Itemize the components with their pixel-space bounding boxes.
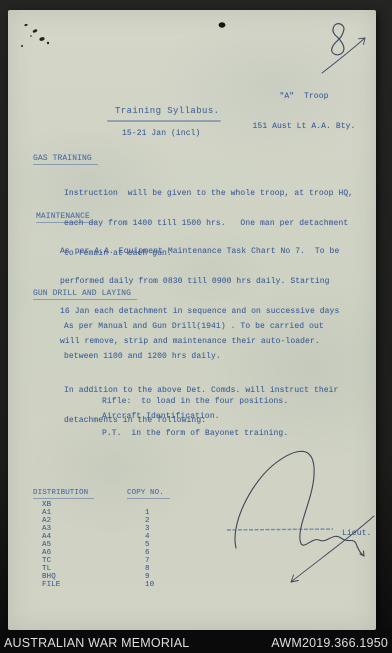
distribution-row: FILE 10 [42, 581, 154, 589]
distribution-row: A2 2 [42, 517, 154, 525]
unit-battery: 151 Aust Lt A.A. Bty. [252, 122, 356, 132]
signature [235, 451, 364, 556]
footer-archive-name: AUSTRALIAN WAR MEMORIAL [4, 636, 189, 650]
section-heading-gas-training: GAS TRAINING [33, 154, 98, 164]
distribution-to: BHQ [42, 573, 145, 581]
distribution-copy-no: 3 [145, 525, 150, 533]
date-range: 15-21 Jan (incl) [122, 129, 200, 139]
signature-underline [227, 529, 333, 530]
ink-specks [21, 23, 49, 47]
body-line: As per A.A. Equipment Maintenance Task C… [60, 247, 339, 257]
footer-accession-number: AWM2019.366.1950 [271, 636, 388, 650]
body-line: Instruction will be given to the whole t… [64, 189, 353, 199]
distribution-to: A4 [42, 533, 145, 541]
instruction-item-pt: P.T. in the form of Bayonet training. [102, 429, 288, 439]
distribution-copy-no: 8 [145, 565, 150, 573]
body-line: In addition to the above Det. Comds. wil… [64, 386, 338, 396]
distribution-row: XB [42, 501, 154, 509]
title-underline [107, 120, 221, 122]
document-page: "A" Troop 151 Aust Lt A.A. Bty. Training… [8, 10, 376, 630]
distribution-to: TC [42, 557, 145, 565]
distribution-copy-no: 1 [145, 509, 150, 517]
distribution-row: A3 3 [42, 525, 154, 533]
pen-stroke [322, 38, 365, 73]
distribution-row: TC 7 [42, 557, 154, 565]
distribution-to: A6 [42, 549, 145, 557]
distribution-to: A5 [42, 541, 145, 549]
distribution-copy-no: 2 [145, 517, 150, 525]
distribution-copy-no: 9 [145, 573, 150, 581]
section-heading-maintenance: MAINTENANCE [36, 212, 96, 222]
unit-troop: "A" Troop [252, 92, 356, 102]
body-line: between 1100 and 1200 hrs daily. [64, 352, 324, 362]
body-line: As per Manual and Gun Drill(1941) . To b… [64, 322, 324, 332]
header-text: DISTRIBUTION [33, 489, 94, 499]
header-text: COPY NO. [127, 489, 170, 499]
section-heading-gun-drill: GUN DRILL AND LAYING [33, 289, 137, 299]
heading-text: GUN DRILL AND LAYING [33, 289, 137, 300]
distribution-copy-no: 10 [145, 581, 154, 589]
distribution-copy-no: 4 [145, 533, 150, 541]
distribution-copy-no: 5 [145, 541, 150, 549]
distribution-row: A1 1 [42, 509, 154, 517]
instruction-item-rifle: Rifle: to load in the four positions. [102, 397, 288, 407]
distribution-to: FILE [42, 581, 145, 589]
distribution-copy-no: 7 [145, 557, 150, 565]
distribution-table: XB A1 1 A2 2 A3 3 A4 4 A5 5 A6 6 TC [42, 501, 154, 589]
distribution-row: A5 5 [42, 541, 154, 549]
archive-footer: AUSTRALIAN WAR MEMORIAL AWM2019.366.1950 [4, 636, 388, 650]
distribution-row: A6 6 [42, 549, 154, 557]
unit-block: "A" Troop 151 Aust Lt A.A. Bty. [252, 72, 356, 152]
distribution-header-copy: COPY NO. [127, 489, 170, 497]
pen-line-diagonal [291, 516, 374, 582]
heading-text: MAINTENANCE [36, 212, 96, 223]
distribution-row: A4 4 [42, 533, 154, 541]
heading-text: GAS TRAINING [33, 154, 98, 165]
distribution-row: TL 8 [42, 565, 154, 573]
distribution-copy-no: 6 [145, 549, 150, 557]
document-title: Training Syllabus. [115, 106, 219, 116]
photo-background: "A" Troop 151 Aust Lt A.A. Bty. Training… [0, 0, 392, 653]
distribution-row: BHQ 9 [42, 573, 154, 581]
distribution-to: A3 [42, 525, 145, 533]
distribution-to: XB [42, 501, 145, 509]
distribution-to: A1 [42, 509, 145, 517]
distribution-header-to: DISTRIBUTION [33, 489, 94, 497]
body-line: performed daily from 0830 till 0900 hrs … [60, 277, 339, 287]
distribution-to: A2 [42, 517, 145, 525]
handwritten-page-number [322, 24, 365, 73]
instruction-item-aircraft: Aircraft Identification. [102, 412, 220, 422]
distribution-to: TL [42, 565, 145, 573]
signature-rank: Lieut. [342, 529, 371, 539]
ink-blot [219, 22, 226, 27]
